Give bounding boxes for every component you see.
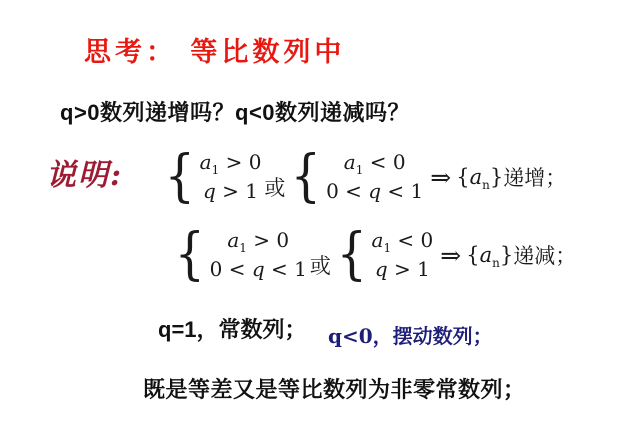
formula-result-label: 递减； (513, 240, 576, 270)
math-row: 0 < q < 1 (210, 255, 307, 284)
math-rest: < 0 (363, 150, 405, 174)
math-row: a1 < 0 (372, 226, 434, 255)
math-rest: > 0 (247, 228, 289, 252)
math-var: a (200, 150, 212, 174)
math-var: q (203, 179, 216, 203)
seq-var: a (470, 165, 483, 189)
constant-sequence-line: q=1，常数列； (158, 313, 307, 344)
math-var: a (372, 228, 384, 252)
math-var: q (252, 257, 265, 281)
math-var: a (227, 228, 239, 252)
or-word: 或 (310, 250, 331, 280)
final-conclusion-line: 既是等差又是等比数列为非零常数列； (143, 373, 526, 404)
math-subscript: 1 (383, 241, 391, 255)
case-rows: a1 < 0 0 < q < 1 (326, 148, 423, 206)
math-pre: 0 < (326, 179, 368, 203)
case-right: { a1 < 0 0 < q < 1 (288, 148, 423, 206)
implies-arrow-icon: ⇒ (440, 241, 461, 270)
or-word: 或 (264, 172, 285, 202)
case-rows: a1 > 0 0 < q < 1 (210, 226, 307, 284)
seq-var: a (480, 243, 493, 267)
math-rest: < 1 (265, 257, 307, 281)
math-rest: > 1 (216, 179, 258, 203)
left-brace-icon: { (337, 227, 367, 283)
math-row: 0 < q < 1 (326, 177, 423, 206)
case-rows: a1 < 0 q > 1 (372, 226, 434, 284)
math-rest: > 0 (219, 150, 261, 174)
math-row: a1 < 0 (344, 148, 406, 177)
oscillating-sequence-line: q<0，摆动数列； (328, 320, 493, 349)
seq-open-brace: { (456, 165, 469, 189)
math-rest: > 1 (388, 257, 430, 281)
seq-subscript: n (482, 178, 490, 192)
case-right: { a1 < 0 q > 1 (334, 226, 433, 284)
sequence-notation: {an} (466, 243, 513, 267)
left-brace-icon: { (291, 149, 321, 205)
seq-close-brace: } (490, 165, 503, 189)
formula-decreasing: { a1 > 0 0 < q < 1 或 { a1 < 0 q > 1 ⇒ {a… (172, 226, 576, 284)
math-var: a (344, 150, 356, 174)
case-left: { a1 > 0 q > 1 (162, 148, 261, 206)
left-brace-icon: { (165, 149, 195, 205)
case-rows: a1 > 0 q > 1 (200, 148, 262, 206)
seq-open-brace: { (466, 243, 479, 267)
math-pre: 0 < (210, 257, 252, 281)
question-line: q>0数列递增吗？q<0数列递减吗？ (60, 96, 410, 127)
formula-result-label: 递增； (503, 162, 566, 192)
math-rest: < 1 (381, 179, 423, 203)
note-label: 说明: (46, 150, 123, 194)
math-var: q (375, 257, 388, 281)
math-row: a1 > 0 (200, 148, 262, 177)
slide-title: 思考： 等比数列中 (84, 30, 345, 69)
formula-increasing: { a1 > 0 q > 1 或 { a1 < 0 0 < q < 1 ⇒ {a… (162, 148, 566, 206)
math-row: q > 1 (375, 255, 430, 284)
math-row: q > 1 (203, 177, 258, 206)
math-subscript: 1 (239, 241, 247, 255)
case-left: { a1 > 0 0 < q < 1 (172, 226, 307, 284)
math-rest: < 0 (391, 228, 433, 252)
seq-subscript: n (492, 256, 500, 270)
left-brace-icon: { (175, 227, 205, 283)
seq-close-brace: } (500, 243, 513, 267)
math-var: q (368, 179, 381, 203)
sequence-notation: {an} (456, 165, 503, 189)
implies-arrow-icon: ⇒ (430, 163, 451, 192)
math-row: a1 > 0 (227, 226, 289, 255)
